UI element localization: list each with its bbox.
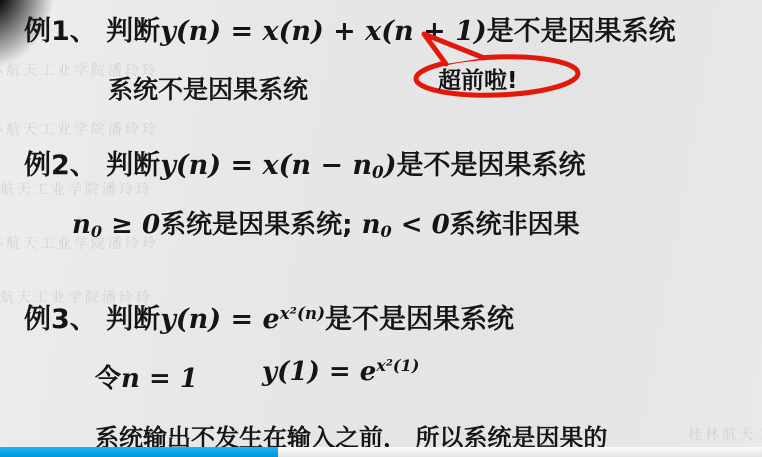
text-segment: y(1) = e [262, 357, 376, 387]
text-segment: n = 1 [121, 364, 198, 394]
text-segment: ≥ 0 [102, 210, 160, 240]
text-segment: 例1、 判断 [24, 16, 160, 47]
text-segment: n [72, 210, 91, 240]
lecture-slide: { "colors": { "accent_red": "#e4170b", "… [0, 0, 762, 457]
text-segment: x²(1) [376, 356, 419, 375]
text-segment: 是不是因果系统 [325, 304, 514, 335]
text-segment: 令 [95, 364, 121, 394]
text-segment: 系统非因果 [450, 210, 580, 240]
example1-answer: 系统不是因果系统 [108, 70, 308, 106]
text-segment: ) [384, 150, 397, 181]
callout-text: 超前啦! [438, 62, 518, 95]
progress-bar-fill [0, 447, 278, 457]
text-segment: 系统是因果系统; [160, 210, 361, 240]
text-segment: n [362, 210, 381, 240]
watermark-row: 桂林航天工业学院潘玲玲 [0, 119, 159, 139]
text-segment: < 0 [392, 210, 450, 240]
text-segment: 例3、 判断 [24, 304, 160, 335]
text-segment: 0 [380, 222, 391, 241]
example3-title: 例3、 判断y(n) = ex²(n)是不是因果系统 [24, 297, 514, 336]
progress-bar-track[interactable] [0, 447, 762, 457]
watermark-corner: 桂林航天工 [688, 424, 762, 444]
example2-answer: n0 ≥ 0系统是因果系统; n0 < 0系统非因果 [72, 204, 580, 241]
text-segment: y(n) = x(n − n [160, 150, 372, 181]
example3-step-left: 令n = 1 [95, 358, 198, 395]
text-segment: x²(n) [280, 303, 325, 323]
text-segment: y(n) = e [160, 304, 279, 335]
example2-title: 例2、 判断y(n) = x(n − n0)是不是因果系统 [24, 143, 585, 182]
text-segment: 0 [372, 162, 384, 182]
text-segment: 是不是因果系统 [396, 150, 585, 181]
text-segment: 0 [91, 222, 102, 241]
example3-step-right: y(1) = ex²(1) [262, 356, 419, 387]
text-segment: 例2、 判断 [24, 150, 160, 181]
